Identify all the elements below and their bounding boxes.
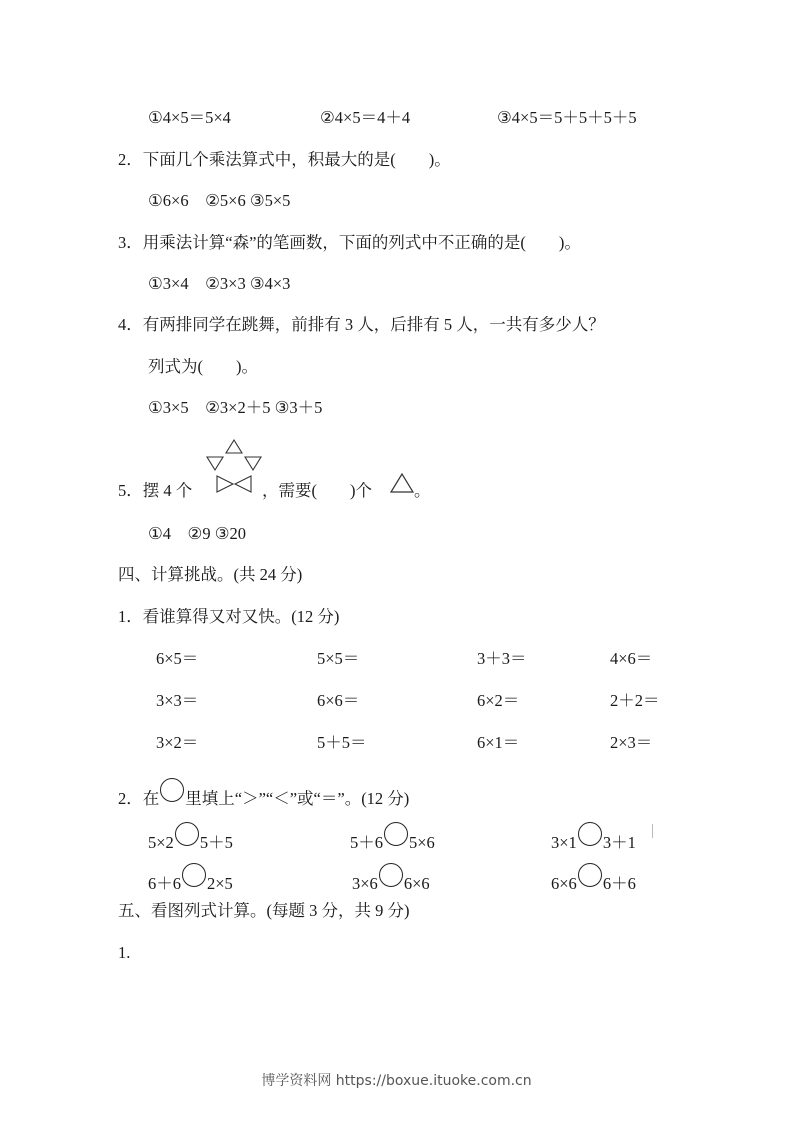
right-expr: 5×6: [409, 833, 435, 852]
answer-circle[interactable]: [578, 822, 602, 846]
calc-item: 5×5＝: [317, 649, 359, 669]
comparison-item: 6＋62×5: [148, 863, 233, 894]
left-expr: 5＋6: [350, 833, 383, 852]
question-2-text: 2．下面几个乘法算式中，积最大的是( )。: [118, 150, 451, 170]
question-4-text-2: 列式为( )。: [148, 357, 258, 377]
left-expr: 6＋6: [148, 874, 181, 893]
answer-circle[interactable]: [175, 822, 199, 846]
question-4-text: 4．有两排同学在跳舞，前排有 3 人，后排有 5 人，一共有多少人？: [118, 315, 605, 335]
question-number: 2．: [118, 150, 143, 169]
calc-item: 6×6＝: [317, 691, 359, 711]
q1-option-1: ①4×5＝5×4: [148, 108, 231, 128]
answer-circle[interactable]: [384, 822, 408, 846]
footer-watermark: 博学资料网 https://boxue.ituoke.com.cn: [0, 1070, 793, 1090]
question-5-text-after: 。: [414, 481, 431, 501]
question-3-text: 3．用乘法计算“森”的笔画数，下面的列式中不正确的是( )。: [118, 233, 581, 253]
question-text: 有两排同学在跳舞，前排有 3 人，后排有 5 人，一共有多少人？: [143, 315, 605, 334]
calc-item: 6×2＝: [477, 691, 519, 711]
question-text: 用乘法计算“森”的笔画数，下面的列式中不正确的是( )。: [143, 233, 581, 252]
comparison-item: 6×66＋6: [551, 863, 636, 894]
left-expr: 3×6: [352, 874, 378, 893]
calc-item: 4×6＝: [610, 649, 652, 669]
calc-item: 2×3＝: [610, 733, 652, 753]
triangle-icon: [389, 472, 415, 494]
left-expr: 3×1: [551, 833, 577, 852]
q1-option-2: ②4×5＝4＋4: [320, 108, 410, 128]
question-number: 4．: [118, 315, 143, 334]
question-text: 下面几个乘法算式中，积最大的是( )。: [143, 150, 451, 169]
section-5-q1-number: 1.: [118, 943, 130, 963]
question-5-text-middle: ，需要( )个: [262, 481, 372, 501]
section-4-q1-title: 1．看谁算得又对又快。(12 分): [118, 607, 339, 627]
q2-title-before: 2．在: [118, 789, 159, 808]
question-5-text-before: 5．摆 4 个: [118, 481, 192, 501]
q1-option-3: ③4×5＝5＋5＋5＋5: [497, 108, 637, 128]
calc-item: 5＋5＝: [317, 733, 367, 753]
right-expr: 6×6: [404, 874, 430, 893]
right-expr: 5＋5: [200, 833, 233, 852]
right-expr: 2×5: [207, 874, 233, 893]
left-expr: 6×6: [551, 874, 577, 893]
question-4-options: ①3×5 ②3×2＋5 ③3＋5: [148, 398, 322, 418]
section-4-q2-title: 2．在里填上“＞”“＜”或“＝”。(12 分): [118, 778, 409, 809]
answer-circle[interactable]: [578, 863, 602, 887]
calc-item: 6×5＝: [156, 649, 198, 669]
calc-item: 3＋3＝: [477, 649, 527, 669]
comparison-item: 3×13＋1: [551, 822, 636, 853]
comparison-item: 5×25＋5: [148, 822, 233, 853]
question-5-options: ①4 ②9 ③20: [148, 524, 246, 544]
q2-title-after: 里填上“＞”“＜”或“＝”。(12 分): [185, 789, 409, 808]
calc-item: 6×1＝: [477, 733, 519, 753]
question-3-options: ①3×4 ②3×3 ③4×3: [148, 274, 290, 294]
left-expr: 5×2: [148, 833, 174, 852]
right-expr: 6＋6: [603, 874, 636, 893]
divider-mark: [652, 824, 653, 838]
comparison-item: 3×66×6: [352, 863, 430, 894]
right-expr: 3＋1: [603, 833, 636, 852]
section-4-title: 四、计算挑战。(共 24 分): [118, 565, 302, 585]
question-number: 5．: [118, 481, 143, 500]
answer-circle[interactable]: [379, 863, 403, 887]
comparison-item: 5＋65×6: [350, 822, 435, 853]
answer-circle[interactable]: [182, 863, 206, 887]
question-text: 摆 4 个: [143, 481, 193, 500]
star-of-triangles-icon: [204, 438, 264, 496]
circle-icon: [160, 778, 184, 802]
calc-item: 3×2＝: [156, 733, 198, 753]
calc-item: 3×3＝: [156, 691, 198, 711]
calc-item: 2＋2＝: [610, 691, 660, 711]
question-number: 3．: [118, 233, 143, 252]
section-5-title: 五、看图列式计算。(每题 3 分，共 9 分): [118, 901, 410, 921]
question-2-options: ①6×6 ②5×6 ③5×5: [148, 191, 290, 211]
